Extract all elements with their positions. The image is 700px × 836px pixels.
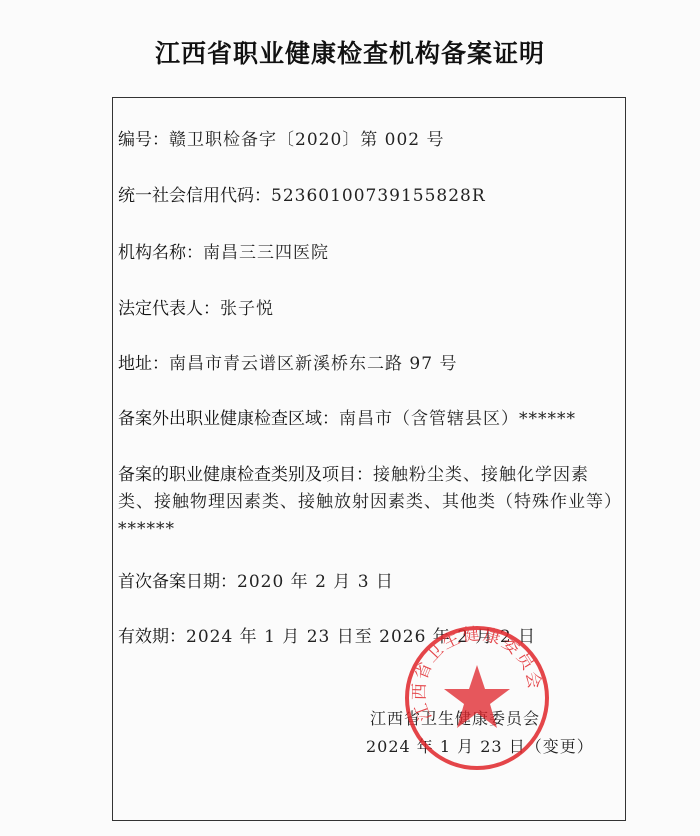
field-validity-period: 有效期：2024 年 1 月 23 日至 2026 年 2 月 2 日 bbox=[118, 624, 623, 651]
field-value: 赣卫职检备字〔2020〕第 002 号 bbox=[169, 130, 445, 150]
field-label: 法定代表人： bbox=[118, 299, 220, 319]
field-first-registration-date: 首次备案日期：2020 年 2 月 3 日 bbox=[118, 569, 623, 596]
field-external-exam-region: 备案外出职业健康检查区域：南昌市（含管辖县区）****** bbox=[118, 406, 623, 433]
field-credit-code: 统一社会信用代码：52360100739155828R bbox=[118, 183, 623, 210]
field-institution-name: 机构名称：南昌三三四医院 bbox=[118, 240, 623, 267]
field-value: 南昌市（含管辖县区）****** bbox=[339, 409, 576, 429]
field-label: 备案的职业健康检查类别及项目： bbox=[118, 465, 373, 485]
issuer-name: 江西省卫生健康委员会 bbox=[370, 705, 540, 732]
field-exam-categories: 备案的职业健康检查类别及项目：接触粉尘类、接触化学因素类、接触物理因素类、接触放… bbox=[118, 462, 623, 543]
field-label: 机构名称： bbox=[118, 243, 203, 263]
issue-date: 2024 年 1 月 23 日（变更） bbox=[366, 733, 594, 760]
field-value: 2020 年 2 月 3 日 bbox=[237, 572, 394, 592]
field-label: 统一社会信用代码： bbox=[118, 186, 271, 206]
field-label: 地址： bbox=[118, 354, 169, 374]
document-title: 江西省职业健康检查机构备案证明 bbox=[0, 34, 700, 70]
field-value: 南昌三三四医院 bbox=[203, 243, 329, 263]
field-value: 52360100739155828R bbox=[271, 186, 486, 206]
field-label: 首次备案日期： bbox=[118, 572, 237, 592]
field-value: 张子悦 bbox=[220, 299, 274, 319]
field-label: 编号： bbox=[118, 130, 169, 150]
field-label: 有效期： bbox=[118, 627, 186, 647]
field-value: 南昌市青云谱区新溪桥东二路 97 号 bbox=[169, 354, 457, 374]
field-value: 2024 年 1 月 23 日至 2026 年 2 月 2 日 bbox=[186, 627, 536, 647]
field-registration-number: 编号：赣卫职检备字〔2020〕第 002 号 bbox=[118, 127, 623, 154]
field-legal-representative: 法定代表人：张子悦 bbox=[118, 296, 623, 323]
field-address: 地址：南昌市青云谱区新溪桥东二路 97 号 bbox=[118, 351, 623, 378]
field-label: 备案外出职业健康检查区域： bbox=[118, 409, 339, 429]
